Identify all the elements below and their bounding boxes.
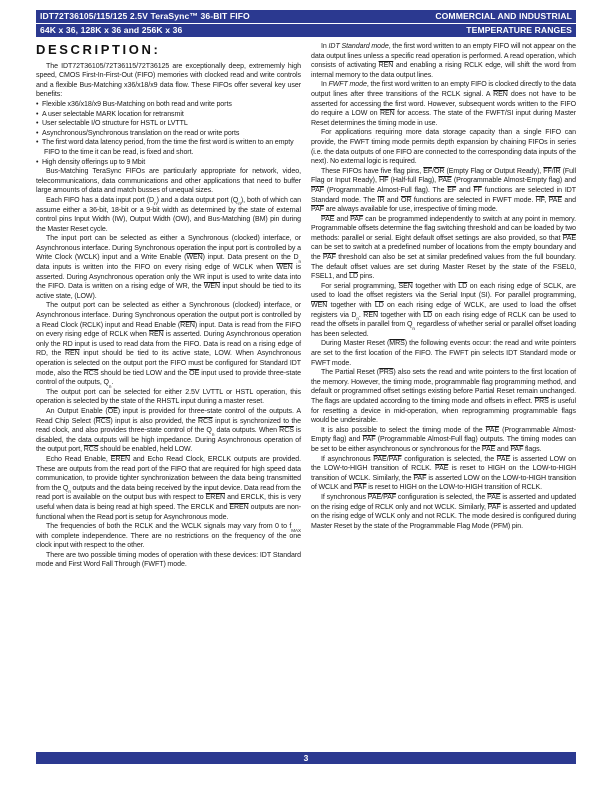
bullet-icon: • [36, 119, 42, 129]
footer-bar: 3 [36, 752, 576, 764]
header-bar: IDT72T36105/115/125 2.5V TeraSync™ 36-BI… [36, 10, 576, 37]
paragraph: The frequencies of both the RCLK and the… [36, 522, 301, 551]
paragraph: For applications requiring more data sto… [311, 128, 576, 166]
bullet-icon: • [36, 158, 42, 168]
header-row-2: 64K x 36, 128K x 36 and 256K x 36 TEMPER… [36, 24, 576, 37]
paragraph: The IDT72T36105/72T36115/72T36125 are ex… [36, 62, 301, 100]
paragraph: These FIFOs have five flag pins, EF/OR (… [311, 167, 576, 215]
page-body: DESCRIPTION: The IDT72T36105/72T36115/72… [36, 42, 576, 570]
bullet-icon: • [36, 100, 42, 110]
paragraph: The input port can be selected as either… [36, 234, 301, 301]
paragraph: It is also possible to select the timing… [311, 426, 576, 455]
temperature-range-label-1: COMMERCIAL AND INDUSTRIAL [435, 10, 572, 23]
temperature-range-label-2: TEMPERATURE RANGES [466, 24, 572, 37]
bullet-item: •A user selectable MARK location for ret… [36, 110, 301, 120]
paragraph: There are two possible timing modes of o… [36, 551, 301, 570]
paragraph: If synchronous PAE/PAF configuration is … [311, 493, 576, 531]
bullet-icon: • [36, 129, 42, 139]
paragraph: During Master Reset (MRS) the following … [311, 339, 576, 368]
density-subtitle: 64K x 36, 128K x 36 and 256K x 36 [40, 24, 182, 37]
paragraph: The output port can be selected as eithe… [36, 301, 301, 387]
bullet-list: •Flexible x36/x18/x9 Bus-Matching on bot… [36, 100, 301, 167]
paragraph: In IDT Standard mode, the first word wri… [311, 42, 576, 80]
bullet-item: •The first word data latency period, fro… [36, 138, 301, 157]
paragraph: The output port can be selected for eith… [36, 388, 301, 407]
paragraph: Each FIFO has a data input port (Dn) and… [36, 196, 301, 234]
paragraph: Echo Read Enable, EREN and Echo Read Clo… [36, 455, 301, 522]
paragraph: The Partial Reset (PRS) also sets the re… [311, 368, 576, 426]
bullet-item: •Asynchronous/Synchronous translation on… [36, 129, 301, 139]
paragraph: An Output Enable (OE) input is provided … [36, 407, 301, 455]
paragraph: For serial programming, SEN together wit… [311, 282, 576, 340]
paragraph: If asynchronous PAE/PAF configuration is… [311, 455, 576, 493]
bullet-item: •Flexible x36/x18/x9 Bus-Matching on bot… [36, 100, 301, 110]
part-number-title: IDT72T36105/115/125 2.5V TeraSync™ 36-BI… [40, 10, 250, 23]
datasheet-page: IDT72T36105/115/125 2.5V TeraSync™ 36-BI… [0, 0, 612, 792]
bullet-item: •User selectable I/O structure for HSTL … [36, 119, 301, 129]
description-heading: DESCRIPTION: [36, 45, 301, 55]
bullet-icon: • [36, 110, 42, 120]
bullet-item: •High density offerings up to 9 Mbit [36, 158, 301, 168]
bullet-icon: • [36, 138, 42, 148]
left-column: DESCRIPTION: The IDT72T36105/72T36115/72… [36, 42, 301, 570]
page-number: 3 [304, 753, 309, 763]
paragraph: PAE and PAF can be programmed independen… [311, 215, 576, 282]
right-column: In IDT Standard mode, the first word wri… [311, 42, 576, 570]
paragraph: Bus-Matching TeraSync FIFOs are particul… [36, 167, 301, 196]
paragraph: In FWFT mode, the first word written to … [311, 80, 576, 128]
header-row-1: IDT72T36105/115/125 2.5V TeraSync™ 36-BI… [36, 10, 576, 23]
